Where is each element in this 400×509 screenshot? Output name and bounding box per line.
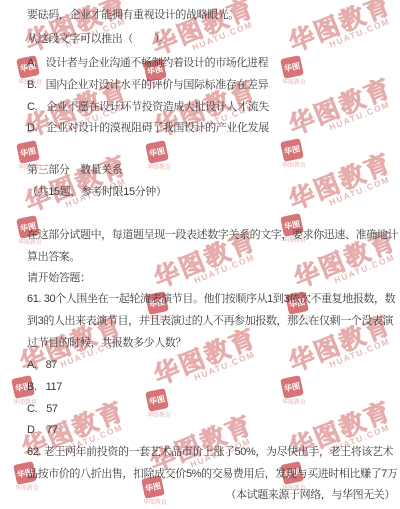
source-disclaimer-note: （本试题来源于网络，与华图无关） xyxy=(225,488,395,502)
option-b: B.国内企业对设计水平的评价与国际标准存在差异 xyxy=(27,78,268,92)
question-stem: 从这段文字可以推出（ ）。 xyxy=(27,32,170,46)
option-label: D. xyxy=(27,122,37,134)
question-62-line2: 品按市价的八折出售，扣除成交价5%的交易费用后，发现与买进时相比赚了7万 xyxy=(27,467,398,481)
option-text: 企业不愿在设计环节投资造成大批设计人才流失 xyxy=(46,101,269,113)
option-label: B. xyxy=(27,381,37,393)
option-text: 57 xyxy=(46,403,57,415)
section-instructions-line1: 在这部分试题中，每道题呈现一段表述数字关系的文字，要求你迅速、准确地计 xyxy=(27,228,398,242)
option-text: 87 xyxy=(46,359,57,371)
option-61-b: B.117 xyxy=(27,380,62,394)
option-d: D.企业对设计的漠视阻碍了我国设计的产业化发展 xyxy=(27,121,269,135)
option-61-a: A.87 xyxy=(27,358,57,372)
exam-document-page: 华图教育HUATU.COM华图华图教育 华图教育HUATU.COM华图华图教育 … xyxy=(0,0,400,509)
option-text: 设计者与企业沟通不畅制约着设计的市场化进程 xyxy=(46,57,269,69)
start-prompt: 请开始答题： xyxy=(27,271,91,285)
option-text: 77 xyxy=(46,424,57,436)
option-text: 117 xyxy=(46,381,62,393)
option-label: B. xyxy=(27,79,37,91)
passage-tail-line: 要砝码，企业才能拥有重视设计的战略眼光。 xyxy=(27,8,239,22)
option-label: C. xyxy=(27,403,37,415)
option-61-d: D.77 xyxy=(27,423,58,437)
option-text: 国内企业对设计水平的评价与国际标准存在差异 xyxy=(46,79,269,91)
question-61-line1: 61. 30个人围坐在一起轮流表演节目。他们按顺序从1到3依次不重复地报数，数 xyxy=(27,292,395,306)
option-61-c: C.57 xyxy=(27,402,58,416)
option-c: C.企业不愿在设计环节投资造成大批设计人才流失 xyxy=(27,100,269,114)
option-label: D. xyxy=(27,424,37,436)
option-text: 企业对设计的漠视阻碍了我国设计的产业化发展 xyxy=(46,122,269,134)
question-62-line1: 62. 老王两年前投资的一套艺术品市价上涨了50%，为尽快出手，老王将该艺术 xyxy=(27,445,393,459)
option-a: A.设计者与企业沟通不畅制约着设计的市场化进程 xyxy=(27,56,268,70)
section-title: 第三部分 数量关系 xyxy=(27,163,122,177)
question-61-line2: 到3的人出来表演节目，并且表演过的人不再参加报数，那么在仅剩一个没表演 xyxy=(27,314,393,328)
section-meta: （共15题，参考时限15分钟） xyxy=(27,185,166,199)
option-label: A. xyxy=(27,359,37,371)
section-instructions-line2: 算出答案。 xyxy=(27,250,80,264)
option-label: A. xyxy=(27,57,37,69)
option-label: C. xyxy=(27,101,37,113)
document-content: 要砝码，企业才能拥有重视设计的战略眼光。 从这段文字可以推出（ ）。 A.设计者… xyxy=(0,0,400,509)
question-61-line3: 过节目的时候，共报数多少人数？ xyxy=(27,336,186,350)
